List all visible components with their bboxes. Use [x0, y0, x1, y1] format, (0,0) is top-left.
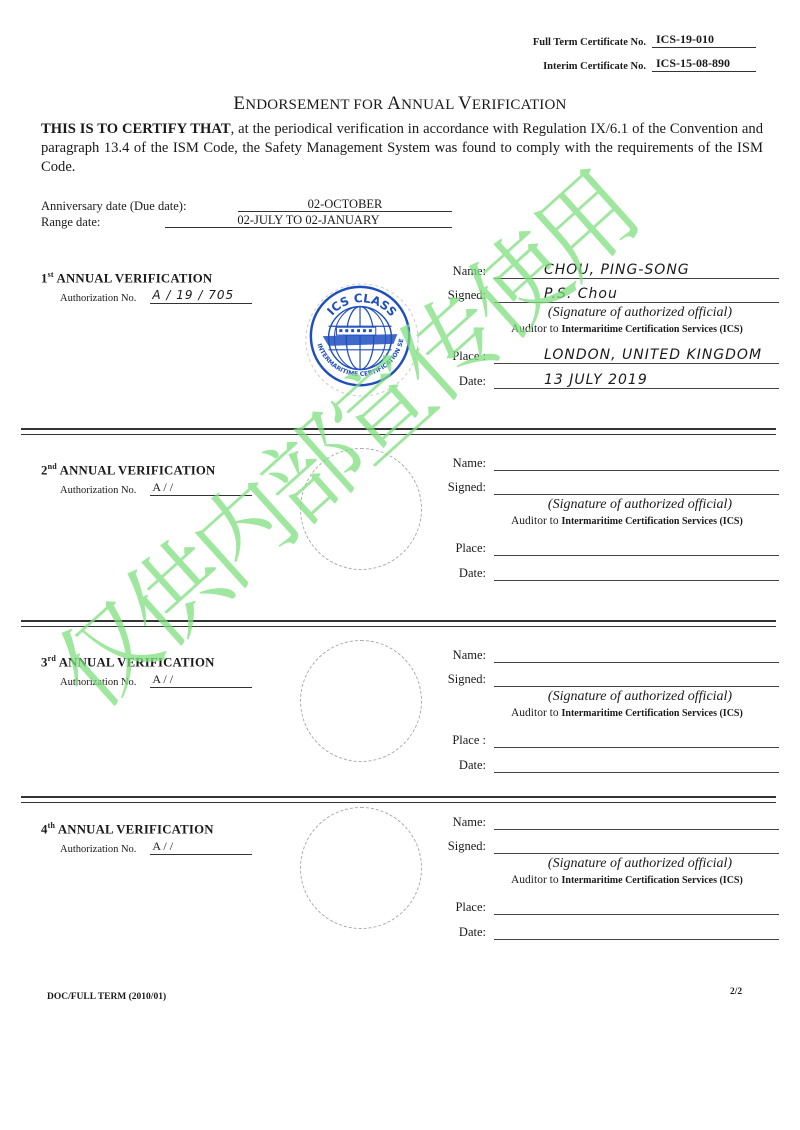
- signature-field[interactable]: [494, 837, 779, 854]
- verification-ordinal-suffix: th: [48, 821, 56, 830]
- signed-field-row: Signed:: [430, 837, 779, 854]
- auditor-prefix: Auditor to: [511, 515, 561, 527]
- signed-label: Signed:: [430, 288, 486, 303]
- date-field[interactable]: [494, 564, 779, 581]
- signature-note: (Signature of authorized official): [495, 689, 785, 705]
- name-field-row: Name:: [430, 646, 779, 663]
- date-label: Date:: [430, 566, 486, 581]
- stamp-placeholder-circle: [300, 640, 422, 762]
- date-label: Date:: [430, 374, 486, 389]
- verification-title-text: ANNUAL VERIFICATION: [58, 822, 214, 836]
- title-cap: V: [458, 93, 472, 114]
- auditor-organization: Intermaritime Certification Services (IC…: [561, 324, 742, 335]
- document-code: DOC/FULL TERM (2010/01): [47, 992, 166, 1002]
- ics-class-stamp-icon: ICS CLASS INTERMARITIME CERTIFICATION SE…: [303, 281, 421, 399]
- title-part: ERIFICATION: [472, 97, 567, 113]
- verification-title-text: ANNUAL VERIFICATION: [60, 463, 216, 477]
- auditor-prefix: Auditor to: [511, 707, 561, 719]
- date-field-row: Date:: [430, 564, 779, 581]
- authorization-number-field[interactable]: A / /: [150, 838, 252, 855]
- interim-certificate-label: Interim Certificate No.: [543, 61, 646, 72]
- signature-field[interactable]: P.S. Chou: [494, 286, 779, 303]
- auditor-organization: Intermaritime Certification Services (IC…: [561, 516, 742, 527]
- signed-field-row: Signed:: [430, 670, 779, 687]
- full-term-certificate-row: Full Term Certificate No. ICS-19-010: [533, 32, 756, 48]
- name-field[interactable]: CHOU, PING-SONG: [494, 262, 779, 279]
- signature-field[interactable]: [494, 478, 779, 495]
- section-divider: [21, 428, 776, 435]
- page-title: ENDORSEMENT FOR ANNUAL VERIFICATION: [0, 93, 800, 115]
- auditor-organization: Intermaritime Certification Services (IC…: [561, 708, 742, 719]
- authorization-row: Authorization No. A / /: [60, 479, 252, 496]
- signed-label: Signed:: [430, 672, 486, 687]
- verification-title: 2nd ANNUAL VERIFICATION: [41, 462, 215, 478]
- name-label: Name:: [430, 264, 486, 279]
- auditor-prefix: Auditor to: [511, 323, 561, 335]
- signature-note: (Signature of authorized official): [495, 497, 785, 513]
- verification-ordinal: 1: [41, 271, 48, 285]
- anniversary-date-label: Anniversary date (Due date):: [41, 199, 186, 214]
- place-field[interactable]: LONDON, UNITED KINGDOM: [494, 347, 779, 364]
- place-field[interactable]: [494, 539, 779, 556]
- place-field[interactable]: [494, 731, 779, 748]
- authorization-number-field[interactable]: A / /: [150, 671, 252, 688]
- authorization-label: Authorization No.: [60, 293, 136, 304]
- auditor-line: Auditor to Intermaritime Certification S…: [511, 874, 743, 886]
- page-number: 2/2: [730, 987, 742, 997]
- verification-title: 4th ANNUAL VERIFICATION: [41, 821, 214, 837]
- signature-field[interactable]: [494, 670, 779, 687]
- authorization-number-field[interactable]: A / 19 / 705: [150, 287, 252, 304]
- place-field-row: Place : LONDON, UNITED KINGDOM: [430, 347, 779, 364]
- interim-certificate-row: Interim Certificate No. ICS-15-08-890: [543, 56, 756, 72]
- date-label: Date:: [430, 925, 486, 940]
- place-field-row: Place :: [430, 731, 779, 748]
- signed-field-row: Signed: P.S. Chou: [430, 286, 779, 303]
- verification-title: 3rd ANNUAL VERIFICATION: [41, 654, 215, 670]
- auditor-line: Auditor to Intermaritime Certification S…: [511, 515, 743, 527]
- title-cap: E: [233, 93, 245, 114]
- name-field[interactable]: [494, 454, 779, 471]
- place-label: Place :: [430, 733, 486, 748]
- place-field[interactable]: [494, 898, 779, 915]
- name-field[interactable]: [494, 813, 779, 830]
- signed-label: Signed:: [430, 839, 486, 854]
- verification-ordinal: 4: [41, 822, 48, 836]
- date-field[interactable]: 13 JULY 2019: [494, 372, 779, 389]
- authorization-label: Authorization No.: [60, 485, 136, 496]
- authorization-row: Authorization No. A / /: [60, 838, 252, 855]
- name-field[interactable]: [494, 646, 779, 663]
- authorization-number-field[interactable]: A / /: [150, 479, 252, 496]
- title-part: NDORSEMENT FOR: [245, 97, 387, 113]
- auditor-prefix: Auditor to: [511, 874, 561, 886]
- stamp-placeholder-circle: [300, 448, 422, 570]
- name-label: Name:: [430, 648, 486, 663]
- verification-ordinal-suffix: rd: [48, 654, 56, 663]
- date-field-row: Date:: [430, 756, 779, 773]
- full-term-certificate-label: Full Term Certificate No.: [533, 37, 646, 48]
- title-cap: A: [387, 93, 401, 114]
- section-divider: [21, 620, 776, 627]
- name-field-row: Name: CHOU, PING-SONG: [430, 262, 779, 279]
- full-term-certificate-value: ICS-19-010: [652, 32, 756, 48]
- date-field-row: Date:: [430, 923, 779, 940]
- place-label: Place:: [430, 541, 486, 556]
- verification-ordinal-suffix: st: [48, 270, 54, 279]
- date-label: Date:: [430, 758, 486, 773]
- date-field[interactable]: [494, 923, 779, 940]
- verification-title-text: ANNUAL VERIFICATION: [59, 655, 215, 669]
- signature-note: (Signature of authorized official): [495, 856, 785, 872]
- authorization-row: Authorization No. A / /: [60, 671, 252, 688]
- place-label: Place:: [430, 900, 486, 915]
- range-date-value: 02-JULY TO 02-JANUARY: [165, 214, 452, 228]
- auditor-line: Auditor to Intermaritime Certification S…: [511, 323, 743, 335]
- auditor-organization: Intermaritime Certification Services (IC…: [561, 875, 742, 886]
- verification-ordinal: 2: [41, 463, 48, 477]
- signed-label: Signed:: [430, 480, 486, 495]
- name-field-row: Name:: [430, 813, 779, 830]
- auditor-line: Auditor to Intermaritime Certification S…: [511, 707, 743, 719]
- signature-note: (Signature of authorized official): [495, 305, 785, 321]
- name-field-row: Name:: [430, 454, 779, 471]
- place-field-row: Place:: [430, 539, 779, 556]
- certification-statement: THIS IS TO CERTIFY THAT, at the periodic…: [41, 120, 763, 177]
- verification-title-text: ANNUAL VERIFICATION: [57, 271, 213, 285]
- anniversary-date-value: 02-OCTOBER: [238, 198, 452, 212]
- place-label: Place :: [430, 349, 486, 364]
- name-label: Name:: [430, 456, 486, 471]
- date-field[interactable]: [494, 756, 779, 773]
- signed-field-row: Signed:: [430, 478, 779, 495]
- title-part: NNUAL: [401, 97, 458, 113]
- range-date-label: Range date:: [41, 215, 100, 230]
- interim-certificate-value: ICS-15-08-890: [652, 56, 756, 72]
- date-field-row: Date: 13 JULY 2019: [430, 372, 779, 389]
- verification-ordinal-suffix: nd: [48, 462, 57, 471]
- place-field-row: Place:: [430, 898, 779, 915]
- verification-ordinal: 3: [41, 655, 48, 669]
- verification-title: 1st ANNUAL VERIFICATION: [41, 270, 212, 286]
- certification-lead: THIS IS TO CERTIFY THAT: [41, 121, 231, 137]
- section-divider: [21, 796, 776, 803]
- authorization-label: Authorization No.: [60, 844, 136, 855]
- name-label: Name:: [430, 815, 486, 830]
- stamp-placeholder-circle: [300, 807, 422, 929]
- authorization-label: Authorization No.: [60, 677, 136, 688]
- authorization-row: Authorization No. A / 19 / 705: [60, 287, 252, 304]
